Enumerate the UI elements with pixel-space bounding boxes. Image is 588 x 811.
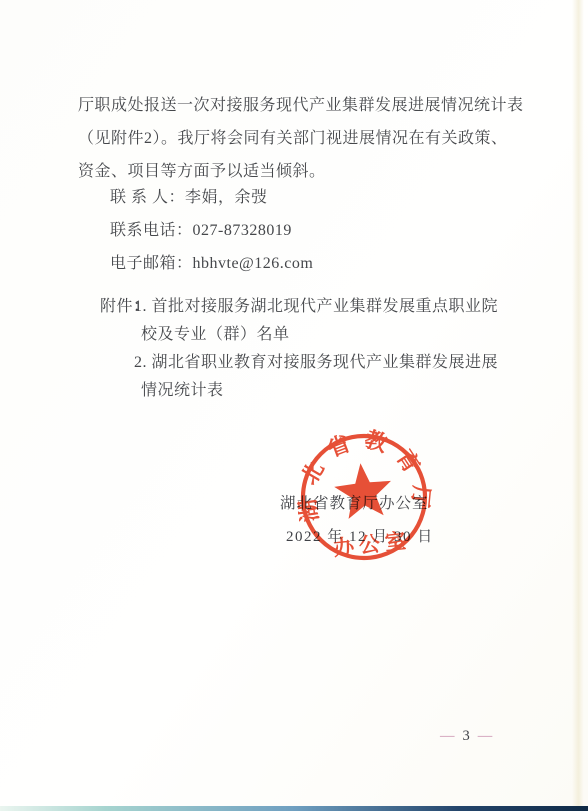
page-number: —3— — [440, 728, 494, 745]
attachment-item-2: 2. 湖北省职业教育对接服务现代产业集群发展进展 — [134, 353, 498, 373]
body-line: 厅职成处报送一次对接服务现代产业集群发展进展情况统计表 — [78, 96, 524, 116]
official-seal: 湖北省教育厅 办公室 — [273, 406, 455, 588]
scan-edge-right — [572, 0, 584, 811]
scanned-document-page: 厅职成处报送一次对接服务现代产业集群发展进展情况统计表 （见附件2）。我厅将会同… — [0, 0, 588, 811]
contact-email-line: 电子邮箱：hbhvte@126.com — [110, 254, 313, 274]
seal-star-icon — [332, 460, 394, 520]
body-line: （见附件2）。我厅将会同有关部门视进展情况在有关政策、 — [78, 129, 508, 149]
body-line: 资金、项目等方面予以适当倾斜。 — [78, 162, 326, 182]
page-number-dash-right: — — [478, 728, 495, 744]
contact-phone-line: 联系电话：027-87328019 — [110, 221, 292, 241]
official-seal-graphic: 湖北省教育厅 办公室 — [273, 406, 455, 588]
scan-edge-bottom — [0, 806, 588, 811]
contact-person-line: 联 系 人：李娟，余弢 — [110, 188, 268, 208]
attachment-item-1-continuation: 校及专业（群）名单 — [141, 325, 290, 345]
page-number-dash-left: — — [440, 728, 457, 744]
page-number-value: 3 — [457, 728, 478, 744]
attachment-item-1: 1. 首批对接服务湖北现代产业集群发展重点职业院 — [134, 297, 498, 317]
seal-bottom-text: 办公室 — [332, 528, 412, 560]
attachment-item-2-continuation: 情况统计表 — [141, 381, 224, 401]
